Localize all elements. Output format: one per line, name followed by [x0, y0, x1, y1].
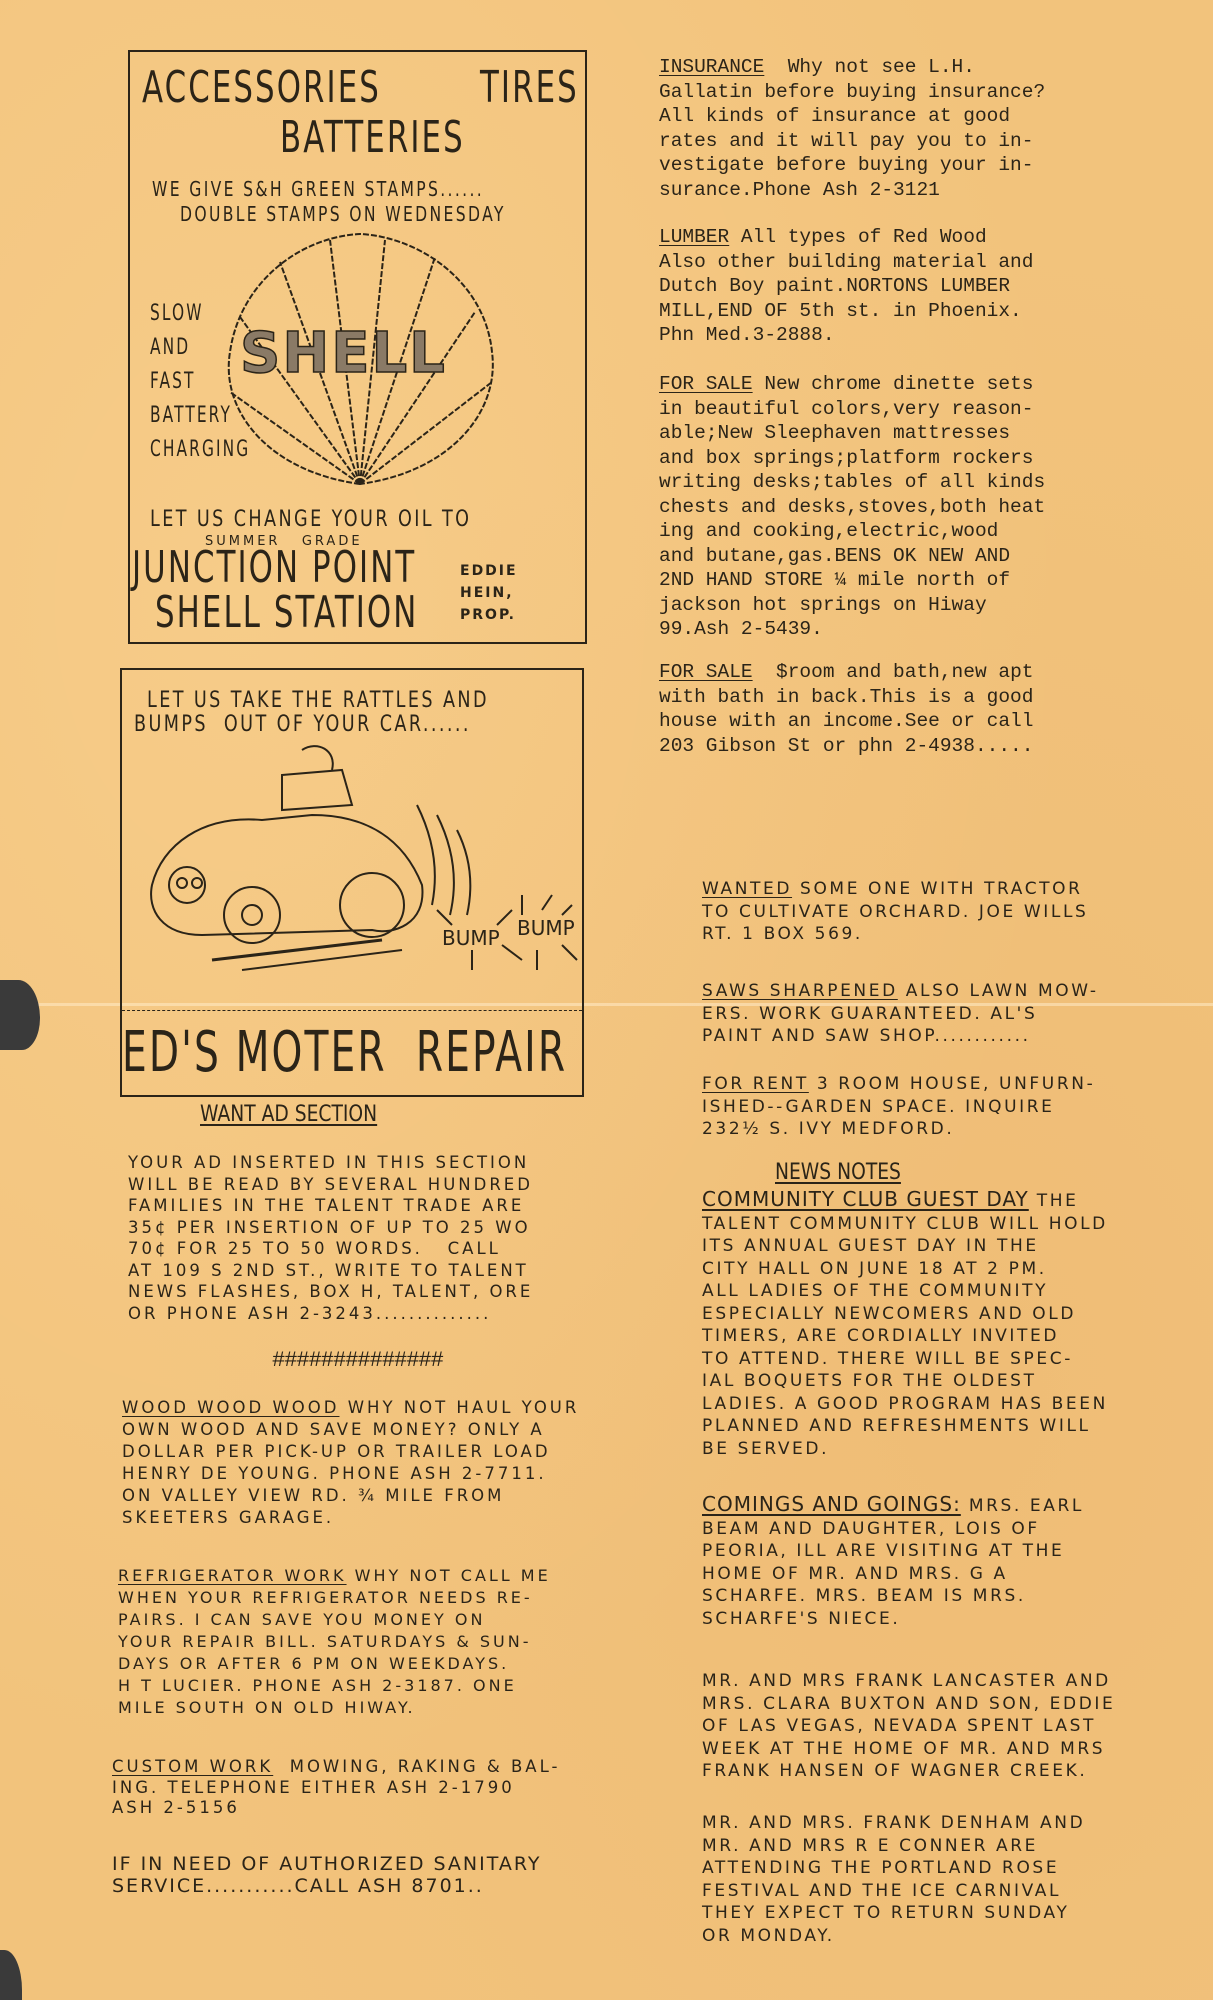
eds-moter-repair-name: ED'S MOTER REPAIR: [122, 1020, 567, 1085]
car-cartoon-icon: BUMP BUMP: [142, 745, 582, 985]
want-ad-sanitary: IF IN NEED OF AUTHORIZED SANITARY SERVIC…: [112, 1853, 541, 1897]
oil-line: LET US CHANGE YOUR OIL TO: [150, 507, 471, 532]
prop-line: EDDIE: [460, 560, 518, 582]
news-notes-title-text: NEWS NOTES: [775, 1160, 901, 1185]
charging-word: CHARGING: [150, 433, 250, 467]
ad-wanted-tractor: WANTED SOME ONE WITH TRACTOR TO CULTIVAT…: [702, 878, 1088, 946]
ad-line-tires: TIRES: [480, 62, 579, 113]
news-denham: MR. AND MRS. FRANK DENHAM AND MR. AND MR…: [702, 1812, 1085, 1947]
charging-word: BATTERY: [150, 399, 250, 433]
ad-for-sale-house: FOR SALE $room and bath,new apt with bat…: [659, 660, 1033, 758]
want-ad-intro: YOUR AD INSERTED IN THIS SECTION WILL BE…: [128, 1152, 533, 1324]
ad-heading: SAWS SHARPENED: [702, 981, 898, 1001]
ad-heading: FOR SALE: [659, 373, 753, 395]
ad-heading: INSURANCE: [659, 56, 764, 78]
news-notes-title: NEWS NOTES: [775, 1160, 901, 1185]
charging-word: SLOW: [150, 297, 250, 331]
shell-station-ad: ACCESSORIES TIRES BATTERIES WE GIVE S&H …: [128, 50, 587, 644]
want-ad-custom-work: CUSTOM WORK MOWING, RAKING & BAL- ING. T…: [112, 1757, 560, 1819]
ad-heading: FOR SALE: [659, 661, 753, 683]
bumps-line: BUMPS OUT OF YOUR CAR......: [134, 712, 471, 737]
news-heading: COMINGS AND GOINGS:: [702, 1492, 961, 1516]
svg-text:SHELL: SHELL: [240, 321, 447, 386]
paper-tear: [0, 980, 40, 1050]
proprietor: EDDIE HEIN, PROP.: [460, 560, 518, 626]
ad-body: WHY NOT HAUL YOUR OWN WOOD AND SAVE MONE…: [122, 1398, 579, 1527]
ad-insurance: INSURANCE Why not see L.H. Gallatin befo…: [659, 55, 1045, 202]
want-ad-title: WANT AD SECTION: [200, 1102, 377, 1127]
svg-text:BUMP: BUMP: [517, 916, 575, 940]
ad-heading: CUSTOM WORK: [112, 1757, 273, 1776]
want-ad-title-text: WANT AD SECTION: [200, 1102, 377, 1127]
ad-heading: LUMBER: [659, 226, 729, 248]
news-lancaster: MR. AND MRS FRANK LANCASTER AND MRS. CLA…: [702, 1670, 1115, 1783]
ad-line-accessories: ACCESSORIES: [142, 62, 381, 113]
want-ad-refrigerator: REFRIGERATOR WORK WHY NOT CALL ME WHEN Y…: [118, 1565, 551, 1719]
ad-saws-sharpened: SAWS SHARPENED ALSO LAWN MOW- ERS. WORK …: [702, 980, 1099, 1048]
charging-word: FAST: [150, 365, 250, 399]
ad-for-sale-furniture: FOR SALE New chrome dinette sets in beau…: [659, 372, 1045, 642]
hash-divider: ##############: [272, 1348, 443, 1373]
station-name-1: JUNCTION POINT: [132, 542, 416, 593]
ad-line-batteries: BATTERIES: [280, 112, 465, 163]
divider: [122, 1010, 582, 1013]
rattles-line: LET US TAKE THE RATTLES AND: [147, 688, 489, 713]
svg-text:BUMP: BUMP: [442, 926, 500, 950]
news-body: THE TALENT COMMUNITY CLUB WILL HOLD ITS …: [702, 1191, 1108, 1459]
paper-tear: [0, 1950, 22, 2000]
prop-line: PROP.: [460, 604, 518, 626]
charging-list: SLOW AND FAST BATTERY CHARGING: [150, 297, 250, 467]
prop-line: HEIN,: [460, 582, 518, 604]
news-heading: COMMUNITY CLUB GUEST DAY: [702, 1187, 1029, 1211]
eds-moter-repair-ad: LET US TAKE THE RATTLES AND BUMPS OUT OF…: [120, 668, 584, 1097]
ad-body: WHY NOT CALL ME WHEN YOUR REFRIGERATOR N…: [118, 1566, 551, 1717]
ad-heading: WOOD WOOD WOOD: [122, 1398, 339, 1417]
want-ad-wood: WOOD WOOD WOOD WHY NOT HAUL YOUR OWN WOO…: [122, 1397, 579, 1529]
ad-body: New chrome dinette sets in beautiful col…: [659, 373, 1045, 640]
ad-heading: WANTED: [702, 879, 792, 899]
stamps-line: WE GIVE S&H GREEN STAMPS......: [152, 177, 484, 201]
ad-for-rent: FOR RENT 3 ROOM HOUSE, UNFURN- ISHED--GA…: [702, 1073, 1095, 1141]
charging-word: AND: [150, 331, 250, 365]
ad-heading: REFRIGERATOR WORK: [118, 1566, 347, 1585]
station-name-2: SHELL STATION: [155, 587, 418, 638]
news-comings-goings: COMINGS AND GOINGS: MRS. EARL BEAM AND D…: [702, 1493, 1084, 1630]
ad-heading: FOR RENT: [702, 1074, 809, 1094]
news-guest-day: COMMUNITY CLUB GUEST DAY THE TALENT COMM…: [702, 1188, 1108, 1460]
ad-lumber: LUMBER All types of Red Wood Also other …: [659, 225, 1033, 348]
